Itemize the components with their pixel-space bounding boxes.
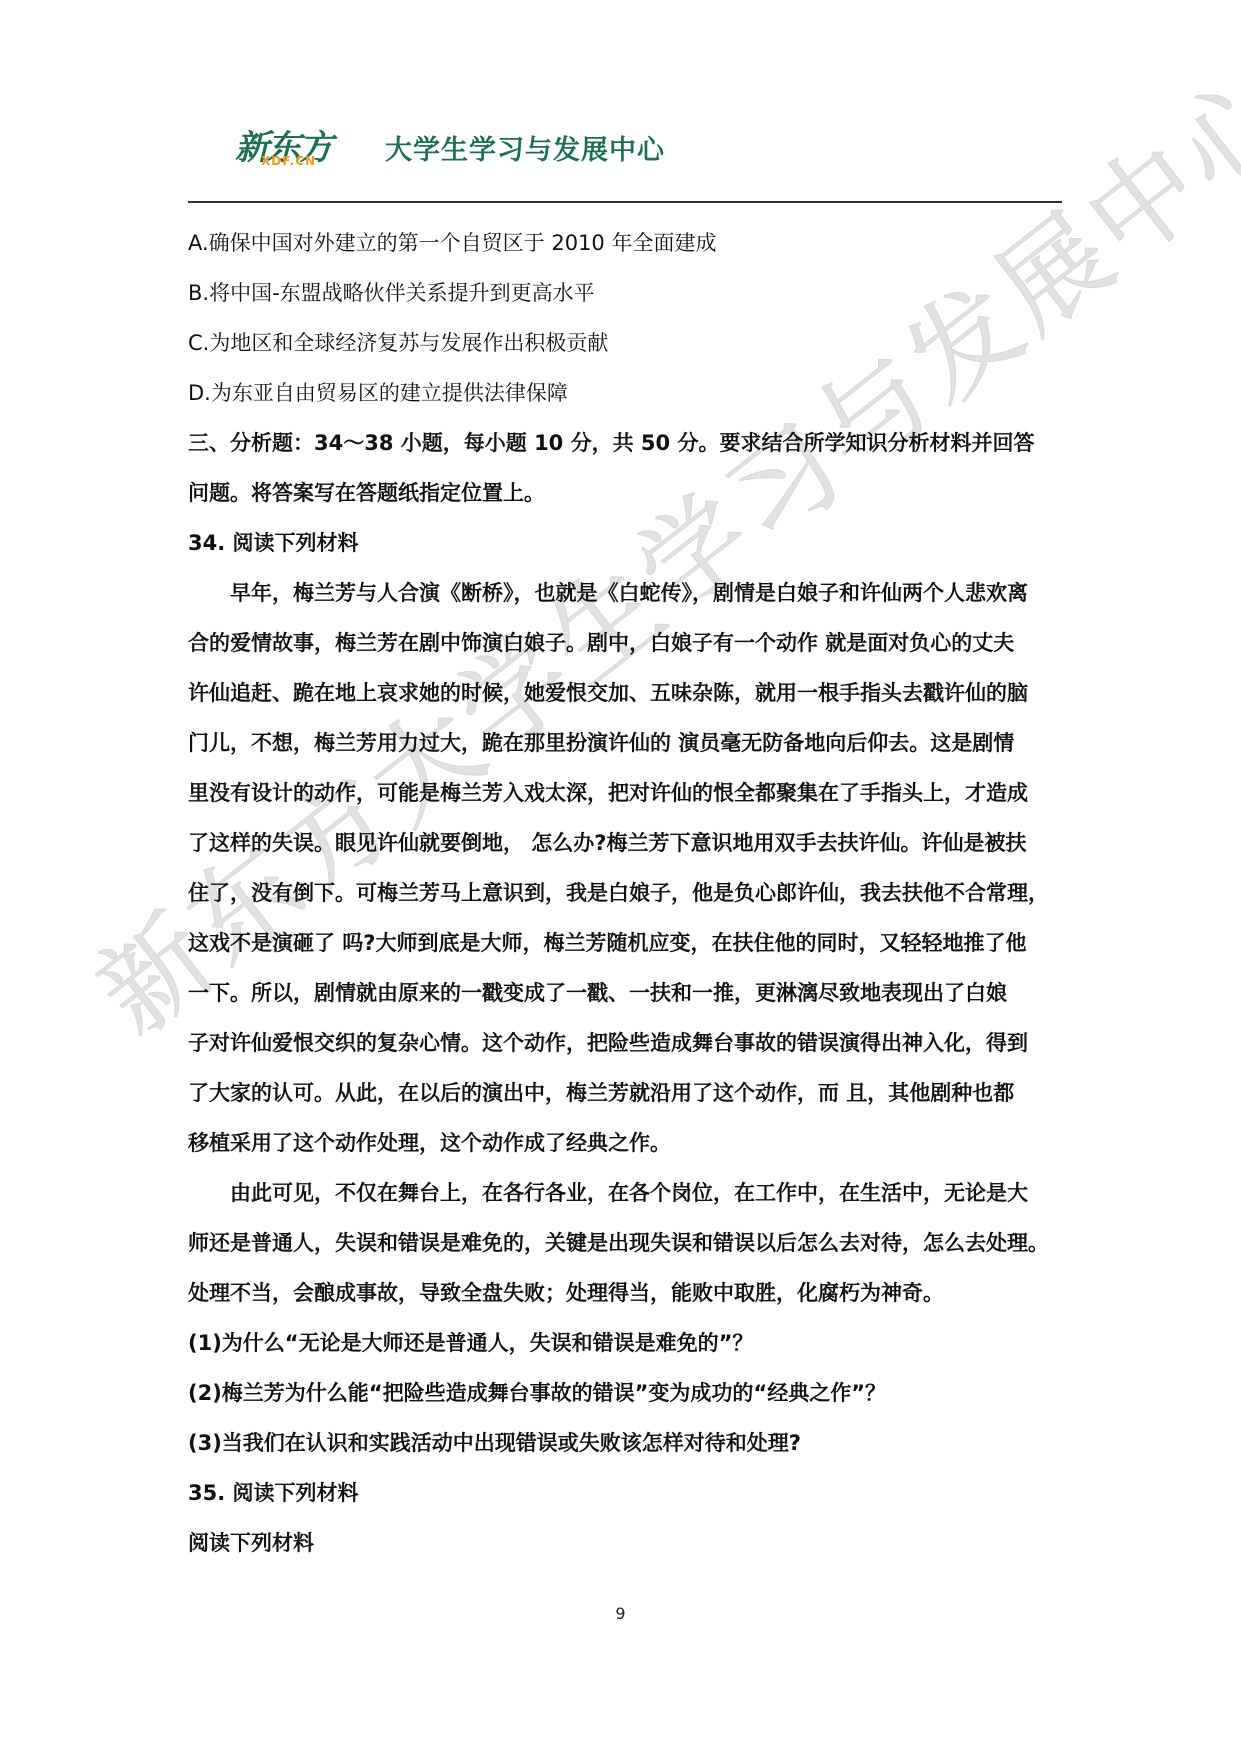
q34-question-2: (2)梅兰芳为什么能“把险些造成舞台事故的错误”变为成功的“经典之作”？ <box>188 1368 1068 1418</box>
page-number: 9 <box>0 1604 1241 1623</box>
q34-para1-line: 合的爱情故事，梅兰芳在剧中饰演白娘子。剧中，白娘子有一个动作 就是面对负心的丈夫 <box>188 618 1068 668</box>
q35-subtitle: 阅读下列材料 <box>188 1518 1068 1568</box>
option-d: D.为东亚自由贸易区的建立提供法律保障 <box>188 368 1068 418</box>
xdf-logo: 新东方 XDF.CN <box>235 124 355 170</box>
q34-para2-line: 处理不当，会酿成事故，导致全盘失败；处理得当，能败中取胜，化腐朽为神奇。 <box>188 1268 1068 1318</box>
section-heading: 三、分析题：34～38 小题，每小题 10 分，共 50 分。要求结合所学知识分… <box>188 418 1068 468</box>
q34-para1-line: 里没有设计的动作，可能是梅兰芳入戏太深，把对许仙的恨全都聚集在了手指头上，才造成 <box>188 768 1068 818</box>
q34-para1-line: 了这样的失误。眼见许仙就要倒地， 怎么办?梅兰芳下意识地用双手去扶许仙。许仙是被… <box>188 818 1068 868</box>
q34-para2-line: 由此可见，不仅在舞台上，在各行各业，在各个岗位，在工作中，在生活中，无论是大 <box>188 1168 1068 1218</box>
q34-para1-line: 子对许仙爱恨交织的复杂心情。这个动作，把险些造成舞台事故的错误演得出神入化，得到 <box>188 1018 1068 1068</box>
q34-para1-line: 住了，没有倒下。可梅兰芳马上意识到，我是白娘子，他是负心郎许仙，我去扶他不合常理… <box>188 868 1068 918</box>
q35-title: 35. 阅读下列材料 <box>188 1468 1068 1518</box>
header-divider <box>188 201 1062 203</box>
document-body: A.确保中国对外建立的第一个自贸区于 2010 年全面建成 B.将中国-东盟战略… <box>188 218 1068 1568</box>
q34-para1-line: 移植采用了这个动作处理，这个动作成了经典之作。 <box>188 1118 1068 1168</box>
q34-para2-line: 师还是普通人，失误和错误是难免的，关键是出现失误和错误以后怎么去对待，怎么去处理… <box>188 1218 1068 1268</box>
page-header: 新东方 XDF.CN 大学生学习与发展中心 <box>235 124 665 170</box>
section-heading-cont: 问题。将答案写在答题纸指定位置上。 <box>188 468 1068 518</box>
q34-question-3: (3)当我们在认识和实践活动中出现错误或失败该怎样对待和处理? <box>188 1418 1068 1468</box>
option-a: A.确保中国对外建立的第一个自贸区于 2010 年全面建成 <box>188 218 1068 268</box>
q34-para1-line: 许仙追赶、跪在地上哀求她的时候，她爱恨交加、五味杂陈，就用一根手指头去戳许仙的脑 <box>188 668 1068 718</box>
q34-para1-line: 了大家的认可。从此，在以后的演出中，梅兰芳就沿用了这个动作，而 且，其他剧种也都 <box>188 1068 1068 1118</box>
q34-question-1: (1)为什么“无论是大师还是普通人，失误和错误是难免的”？ <box>188 1318 1068 1368</box>
q34-para1-line: 一下。所以，剧情就由原来的一戳变成了一戳、一扶和一推，更淋漓尽致地表现出了白娘 <box>188 968 1068 1018</box>
logo-en-text: XDF.CN <box>261 154 316 168</box>
option-b: B.将中国-东盟战略伙伴关系提升到更高水平 <box>188 268 1068 318</box>
q34-para1-line: 这戏不是演砸了 吗?大师到底是大师，梅兰芳随机应变，在扶住他的同时，又轻轻地推了… <box>188 918 1068 968</box>
q34-title: 34. 阅读下列材料 <box>188 518 1068 568</box>
q34-para1-line: 早年，梅兰芳与人合演《断桥》，也就是《白蛇传》，剧情是白娘子和许仙两个人悲欢离 <box>188 568 1068 618</box>
q34-para1-line: 门儿，不想，梅兰芳用力过大，跪在那里扮演许仙的 演员毫无防备地向后仰去。这是剧情 <box>188 718 1068 768</box>
option-c: C.为地区和全球经济复苏与发展作出积极贡献 <box>188 318 1068 368</box>
header-title: 大学生学习与发展中心 <box>385 128 665 167</box>
